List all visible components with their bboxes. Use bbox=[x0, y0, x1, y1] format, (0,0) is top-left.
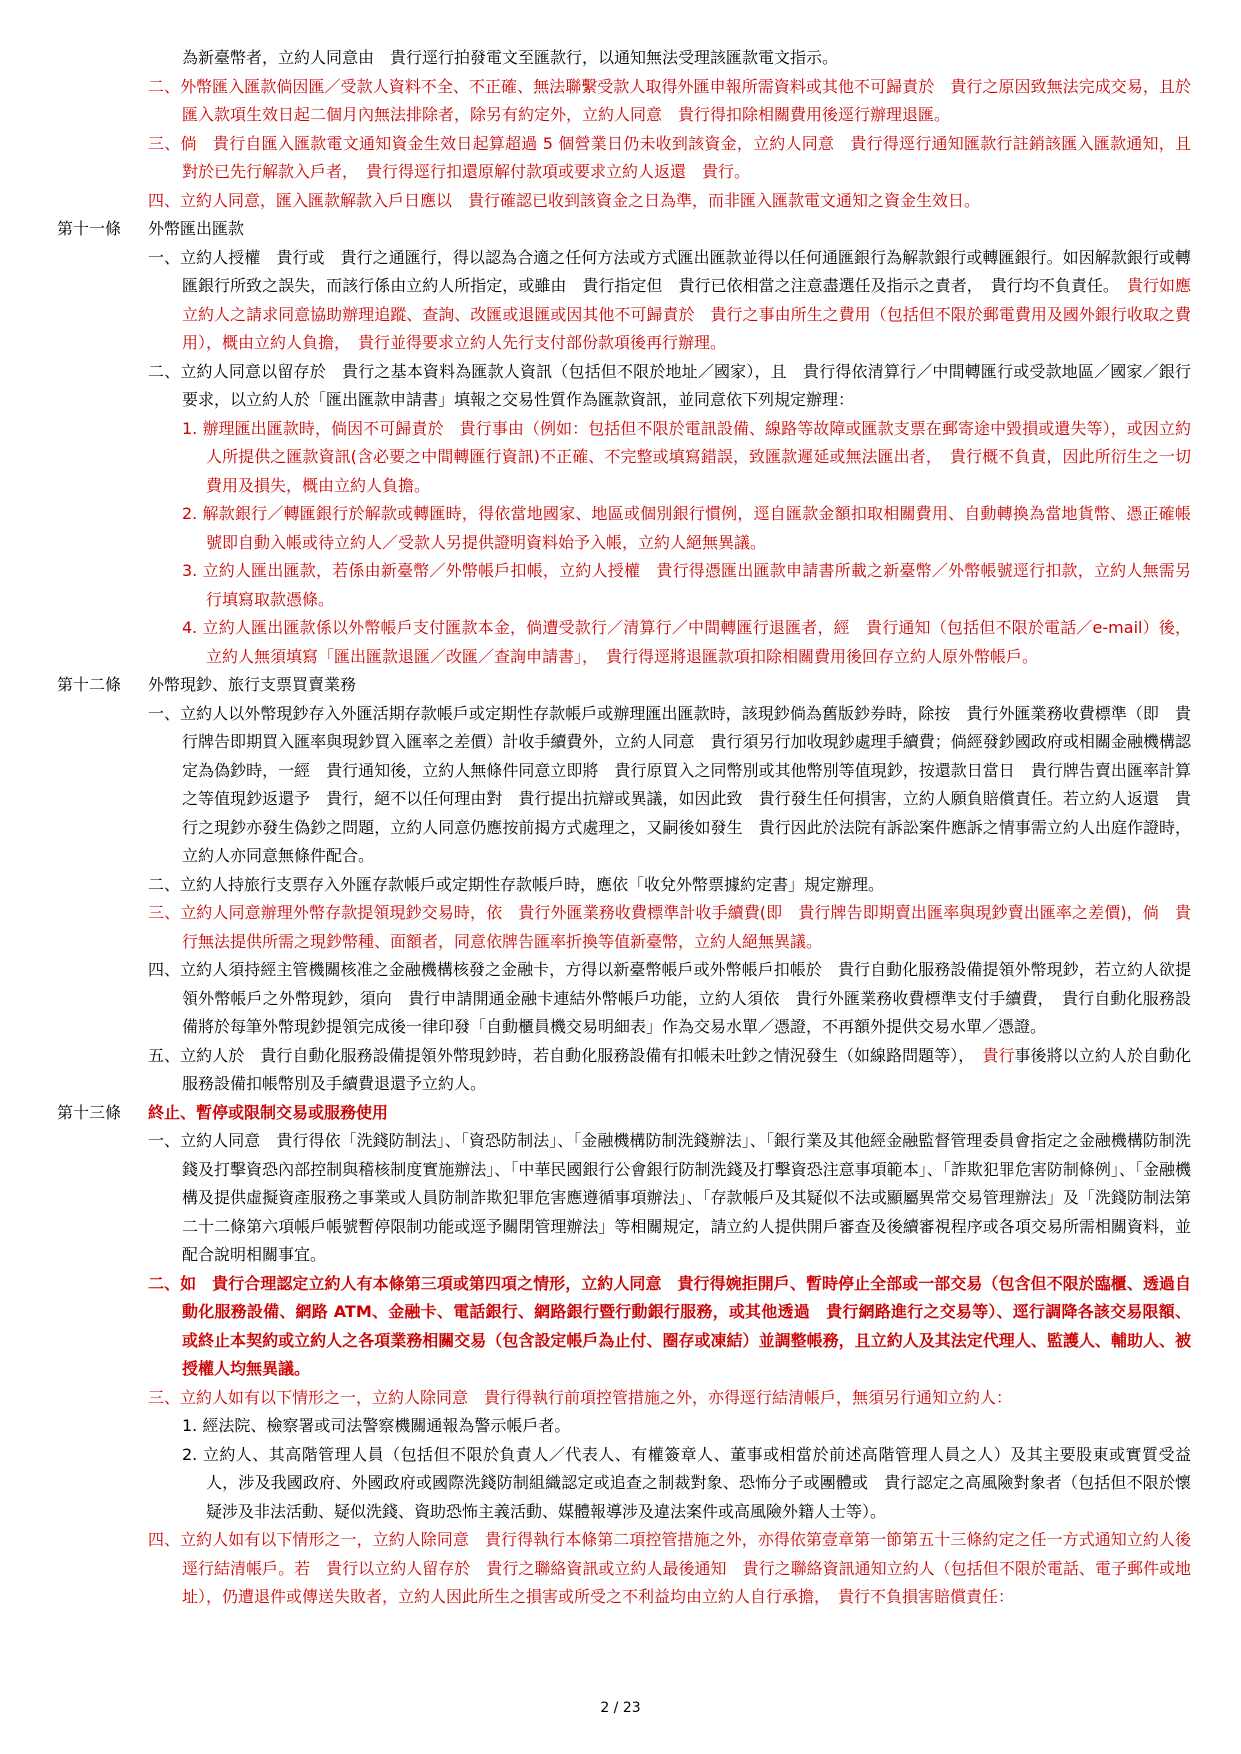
article-number-column bbox=[57, 1412, 148, 1441]
article-number-column bbox=[57, 614, 148, 671]
list-marker: 1. bbox=[182, 419, 202, 438]
article-number-column bbox=[57, 899, 148, 956]
clause-text: 三、倘 貴行自匯入匯款電文通知資金生效日起算超過 5 個營業日仍未收到該資金，立… bbox=[148, 130, 1191, 187]
page-number: 2 / 23 bbox=[0, 1698, 1241, 1718]
clause-item: 一、立約人授權 貴行或 貴行之通匯行，得以認為合適之任何方法或方式匯出匯款並得以… bbox=[57, 244, 1191, 358]
document-body: 為新臺幣者，立約人同意由 貴行逕行拍發電文至匯款行，以通知無法受理該匯款電文指示… bbox=[57, 44, 1191, 1612]
clause-text: 二、立約人同意以留存於 貴行之基本資料為匯款人資訊（包括但不限於地址／國家），且… bbox=[148, 358, 1191, 415]
text-segment: 立約人如有以下情形之一，立約人除同意 貴行得執行前項控管措施之外，亦得逕行結清帳… bbox=[180, 1388, 1012, 1407]
clause-item: 四、立約人如有以下情形之一，立約人除同意 貴行得執行本條第二項控管措施之外，亦得… bbox=[57, 1526, 1191, 1612]
clause-text: 三、立約人同意辦理外幣存款提領現鈔交易時，依 貴行外匯業務收費標準計收手續費(即… bbox=[148, 899, 1191, 956]
text-segment: 立約人授權 貴行或 貴行之通匯行，得以認為合適之任何方法或方式匯出匯款並得以任何… bbox=[180, 248, 1191, 296]
article-number-column bbox=[57, 1526, 148, 1612]
text-segment: 立約人匯出匯款，若係由新臺幣／外幣帳戶扣帳，立約人授權 貴行得憑匯出匯款申請書所… bbox=[203, 561, 1191, 609]
sub-clause-item: 2. 解款銀行／轉匯銀行於解款或轉匯時，得依當地國家、地區或個別銀行慣例，逕自匯… bbox=[57, 500, 1191, 557]
text-segment: 立約人同意辦理外幣存款提領現鈔交易時，依 貴行外匯業務收費標準計收手續費(即 貴… bbox=[180, 903, 1191, 951]
clause-item: 三、立約人如有以下情形之一，立約人除同意 貴行得執行前項控管措施之外，亦得逕行結… bbox=[57, 1384, 1191, 1413]
clause-text: 四、立約人須持經主管機關核准之金融機構核發之金融卡，方得以新臺幣帳戶或外幣帳戶扣… bbox=[148, 956, 1191, 1042]
clause-text: 五、立約人於 貴行自動化服務設備提領外幣現鈔時，若自動化服務設備有扣帳未吐鈔之情… bbox=[148, 1042, 1191, 1099]
clause-text: 3. 立約人匯出匯款，若係由新臺幣／外幣帳戶扣帳，立約人授權 貴行得憑匯出匯款申… bbox=[182, 557, 1191, 614]
article-number-column bbox=[57, 1042, 148, 1099]
article-number-column bbox=[57, 557, 148, 614]
clause-text: 終止、暫停或限制交易或服務使用 bbox=[148, 1099, 1191, 1128]
clause-text: 一、立約人同意 貴行得依「洗錢防制法」、「資恐防制法」、「金融機構防制洗錢辦法」… bbox=[148, 1127, 1191, 1270]
clause-item: 四、立約人同意，匯入匯款解款入戶日應以 貴行確認已收到該資金之日為準，而非匯入匯… bbox=[57, 187, 1191, 216]
text-segment: 立約人同意，匯入匯款解款入戶日應以 貴行確認已收到該資金之日為準，而非匯入匯款電… bbox=[180, 191, 980, 210]
clause-item: 五、立約人於 貴行自動化服務設備提領外幣現鈔時，若自動化服務設備有扣帳未吐鈔之情… bbox=[57, 1042, 1191, 1099]
text-segment: 立約人於 貴行自動化服務設備提領外幣現鈔時，若自動化服務設備有扣帳未吐鈔之情況發… bbox=[180, 1046, 966, 1065]
text-segment: 立約人匯出匯款係以外幣帳戶支付匯款本金，倘遭受款行／清算行／中間轉匯行退匯者，經… bbox=[203, 618, 1191, 666]
text-segment: 立約人以外幣現鈔存入外匯活期存款帳戶或定期性存款帳戶或辦理匯出匯款時，該現鈔倘為… bbox=[180, 704, 1191, 866]
clause-text: 2. 立約人、其高階管理人員（包括但不限於負責人／代表人、有權簽章人、董事或相當… bbox=[182, 1441, 1191, 1527]
clause-text: 二、如 貴行合理認定立約人有本條第三項或第四項之情形，立約人同意 貴行得婉拒開戶… bbox=[148, 1270, 1191, 1384]
clause-text: 1. 辦理匯出匯款時，倘因不可歸責於 貴行事由（例如：包括但不限於電訊設備、線路… bbox=[182, 415, 1191, 501]
article-number-column bbox=[57, 1270, 148, 1384]
clause-item: 一、立約人以外幣現鈔存入外匯活期存款帳戶或定期性存款帳戶或辦理匯出匯款時，該現鈔… bbox=[57, 700, 1191, 871]
clause-text: 2. 解款銀行／轉匯銀行於解款或轉匯時，得依當地國家、地區或個別銀行慣例，逕自匯… bbox=[182, 500, 1191, 557]
clause-text: 三、立約人如有以下情形之一，立約人除同意 貴行得執行前項控管措施之外，亦得逕行結… bbox=[148, 1384, 1191, 1413]
sub-clause-item: 1. 經法院、檢察署或司法警察機關通報為警示帳戶者。 bbox=[57, 1412, 1191, 1441]
list-marker: 二、 bbox=[148, 1274, 180, 1293]
text-segment: 經法院、檢察署或司法警察機關通報為警示帳戶者。 bbox=[202, 1416, 570, 1435]
clause-text: 四、立約人同意，匯入匯款解款入戶日應以 貴行確認已收到該資金之日為準，而非匯入匯… bbox=[148, 187, 1191, 216]
article-number-column bbox=[57, 700, 148, 871]
list-marker: 一、 bbox=[148, 248, 180, 267]
list-marker: 4. bbox=[182, 618, 203, 637]
article-number-column: 第十一條 bbox=[57, 215, 148, 244]
article-number-column bbox=[57, 1127, 148, 1270]
list-marker: 四、 bbox=[148, 191, 180, 210]
text-segment: 立約人同意 貴行得依「洗錢防制法」、「資恐防制法」、「金融機構防制洗錢辦法」、「… bbox=[180, 1131, 1191, 1264]
contract-page: 為新臺幣者，立約人同意由 貴行逕行拍發電文至匯款行，以通知無法受理該匯款電文指示… bbox=[0, 0, 1241, 1754]
text-segment: 立約人如有以下情形之一，立約人除同意 貴行得執行本條第二項控管措施之外，亦得依第… bbox=[180, 1530, 1191, 1606]
article-row: 第十三條終止、暫停或限制交易或服務使用 bbox=[57, 1099, 1191, 1128]
article-number-column bbox=[57, 500, 148, 557]
list-marker: 三、 bbox=[148, 134, 180, 153]
text-segment: 解款銀行／轉匯銀行於解款或轉匯時，得依當地國家、地區或個別銀行慣例，逕自匯款金額… bbox=[203, 504, 1191, 552]
clause-text: 四、立約人如有以下情形之一，立約人除同意 貴行得執行本條第二項控管措施之外，亦得… bbox=[148, 1526, 1191, 1612]
text-segment: 辦理匯出匯款時，倘因不可歸責於 貴行事由（例如：包括但不限於電訊設備、線路等故障… bbox=[202, 419, 1191, 495]
list-marker: 四、 bbox=[148, 1530, 180, 1549]
text-segment: 外幣現鈔、旅行支票買賣業務 bbox=[148, 675, 356, 694]
clause-item: 二、外幣匯入匯款倘因匯／受款人資料不全、不正確、無法聯繫受款人取得外匯申報所需資… bbox=[57, 73, 1191, 130]
clause-text: 外幣匯出匯款 bbox=[148, 215, 1191, 244]
clause-text: 二、外幣匯入匯款倘因匯／受款人資料不全、不正確、無法聯繫受款人取得外匯申報所需資… bbox=[148, 73, 1191, 130]
article-number-column bbox=[57, 130, 148, 187]
article-number-column bbox=[57, 73, 148, 130]
text-segment: 倘 貴行自匯入匯款電文通知資金生效日起算超過 5 個營業日仍未收到該資金，立約人… bbox=[180, 134, 1191, 182]
article-number-column bbox=[57, 358, 148, 415]
list-marker: 1. bbox=[182, 1416, 202, 1435]
article-number-column bbox=[57, 1384, 148, 1413]
clause-item: 四、立約人須持經主管機關核准之金融機構核發之金融卡，方得以新臺幣帳戶或外幣帳戶扣… bbox=[57, 956, 1191, 1042]
article-number-column bbox=[57, 187, 148, 216]
list-marker: 一、 bbox=[148, 1131, 180, 1150]
text-segment: 立約人須持經主管機關核准之金融機構核發之金融卡，方得以新臺幣帳戶或外幣帳戶扣帳於… bbox=[180, 960, 1191, 1036]
clause-item: 三、立約人同意辦理外幣存款提領現鈔交易時，依 貴行外匯業務收費標準計收手續費(即… bbox=[57, 899, 1191, 956]
article-number-column bbox=[57, 1441, 148, 1527]
list-marker: 一、 bbox=[148, 704, 180, 723]
clause-item: 二、如 貴行合理認定立約人有本條第三項或第四項之情形，立約人同意 貴行得婉拒開戶… bbox=[57, 1270, 1191, 1384]
list-marker: 二、 bbox=[148, 362, 180, 381]
article-row: 第十二條外幣現鈔、旅行支票買賣業務 bbox=[57, 671, 1191, 700]
list-marker: 五、 bbox=[148, 1046, 180, 1065]
text-segment: 為新臺幣者，立約人同意由 貴行逕行拍發電文至匯款行，以通知無法受理該匯款電文指示… bbox=[182, 48, 838, 67]
sub-clause-item: 1. 辦理匯出匯款時，倘因不可歸責於 貴行事由（例如：包括但不限於電訊設備、線路… bbox=[57, 415, 1191, 501]
list-marker: 四、 bbox=[148, 960, 180, 979]
text-segment: 立約人持旅行支票存入外匯存款帳戶或定期性存款帳戶時，應依「收兌外幣票據約定書」規… bbox=[180, 875, 884, 894]
article-number-column bbox=[57, 956, 148, 1042]
clause-item: 二、立約人持旅行支票存入外匯存款帳戶或定期性存款帳戶時，應依「收兌外幣票據約定書… bbox=[57, 871, 1191, 900]
list-marker: 三、 bbox=[148, 1388, 180, 1407]
continuation-line: 為新臺幣者，立約人同意由 貴行逕行拍發電文至匯款行，以通知無法受理該匯款電文指示… bbox=[57, 44, 1191, 73]
clause-text: 一、立約人以外幣現鈔存入外匯活期存款帳戶或定期性存款帳戶或辦理匯出匯款時，該現鈔… bbox=[148, 700, 1191, 871]
text-segment: 外幣匯出匯款 bbox=[148, 219, 244, 238]
text-segment: 貴行 bbox=[966, 1046, 1014, 1065]
text-segment: 外幣匯入匯款倘因匯／受款人資料不全、不正確、無法聯繫受款人取得外匯申報所需資料或… bbox=[180, 77, 1191, 125]
clause-text: 外幣現鈔、旅行支票買賣業務 bbox=[148, 671, 1191, 700]
list-marker: 三、 bbox=[148, 903, 180, 922]
article-number-column bbox=[57, 415, 148, 501]
article-number-column bbox=[57, 871, 148, 900]
clause-text: 二、立約人持旅行支票存入外匯存款帳戶或定期性存款帳戶時，應依「收兌外幣票據約定書… bbox=[148, 871, 1191, 900]
article-row: 第十一條外幣匯出匯款 bbox=[57, 215, 1191, 244]
sub-clause-item: 2. 立約人、其高階管理人員（包括但不限於負責人／代表人、有權簽章人、董事或相當… bbox=[57, 1441, 1191, 1527]
article-number-column: 第十三條 bbox=[57, 1099, 148, 1128]
clause-text: 為新臺幣者，立約人同意由 貴行逕行拍發電文至匯款行，以通知無法受理該匯款電文指示… bbox=[148, 44, 1191, 73]
list-marker: 3. bbox=[182, 561, 203, 580]
clause-item: 三、倘 貴行自匯入匯款電文通知資金生效日起算超過 5 個營業日仍未收到該資金，立… bbox=[57, 130, 1191, 187]
text-segment: 立約人同意以留存於 貴行之基本資料為匯款人資訊（包括但不限於地址／國家），且 貴… bbox=[180, 362, 1191, 410]
list-marker: 二、 bbox=[148, 875, 180, 894]
sub-clause-item: 4. 立約人匯出匯款係以外幣帳戶支付匯款本金，倘遭受款行／清算行／中間轉匯行退匯… bbox=[57, 614, 1191, 671]
clause-text: 1. 經法院、檢察署或司法警察機關通報為警示帳戶者。 bbox=[182, 1412, 1191, 1441]
article-number-column bbox=[57, 244, 148, 358]
clause-item: 一、立約人同意 貴行得依「洗錢防制法」、「資恐防制法」、「金融機構防制洗錢辦法」… bbox=[57, 1127, 1191, 1270]
article-number-column: 第十二條 bbox=[57, 671, 148, 700]
clause-item: 二、立約人同意以留存於 貴行之基本資料為匯款人資訊（包括但不限於地址／國家），且… bbox=[57, 358, 1191, 415]
sub-clause-item: 3. 立約人匯出匯款，若係由新臺幣／外幣帳戶扣帳，立約人授權 貴行得憑匯出匯款申… bbox=[57, 557, 1191, 614]
text-segment: 如 貴行合理認定立約人有本條第三項或第四項之情形，立約人同意 貴行得婉拒開戶、暫… bbox=[180, 1274, 1191, 1379]
article-number-column bbox=[57, 44, 148, 73]
clause-text: 4. 立約人匯出匯款係以外幣帳戶支付匯款本金，倘遭受款行／清算行／中間轉匯行退匯… bbox=[182, 614, 1191, 671]
text-segment: 終止、暫停或限制交易或服務使用 bbox=[148, 1103, 388, 1122]
list-marker: 二、 bbox=[148, 77, 180, 96]
clause-text: 一、立約人授權 貴行或 貴行之通匯行，得以認為合適之任何方法或方式匯出匯款並得以… bbox=[148, 244, 1191, 358]
list-marker: 2. bbox=[182, 504, 203, 523]
list-marker: 2. bbox=[182, 1445, 203, 1464]
text-segment: 立約人、其高階管理人員（包括但不限於負責人／代表人、有權簽章人、董事或相當於前述… bbox=[203, 1445, 1191, 1521]
